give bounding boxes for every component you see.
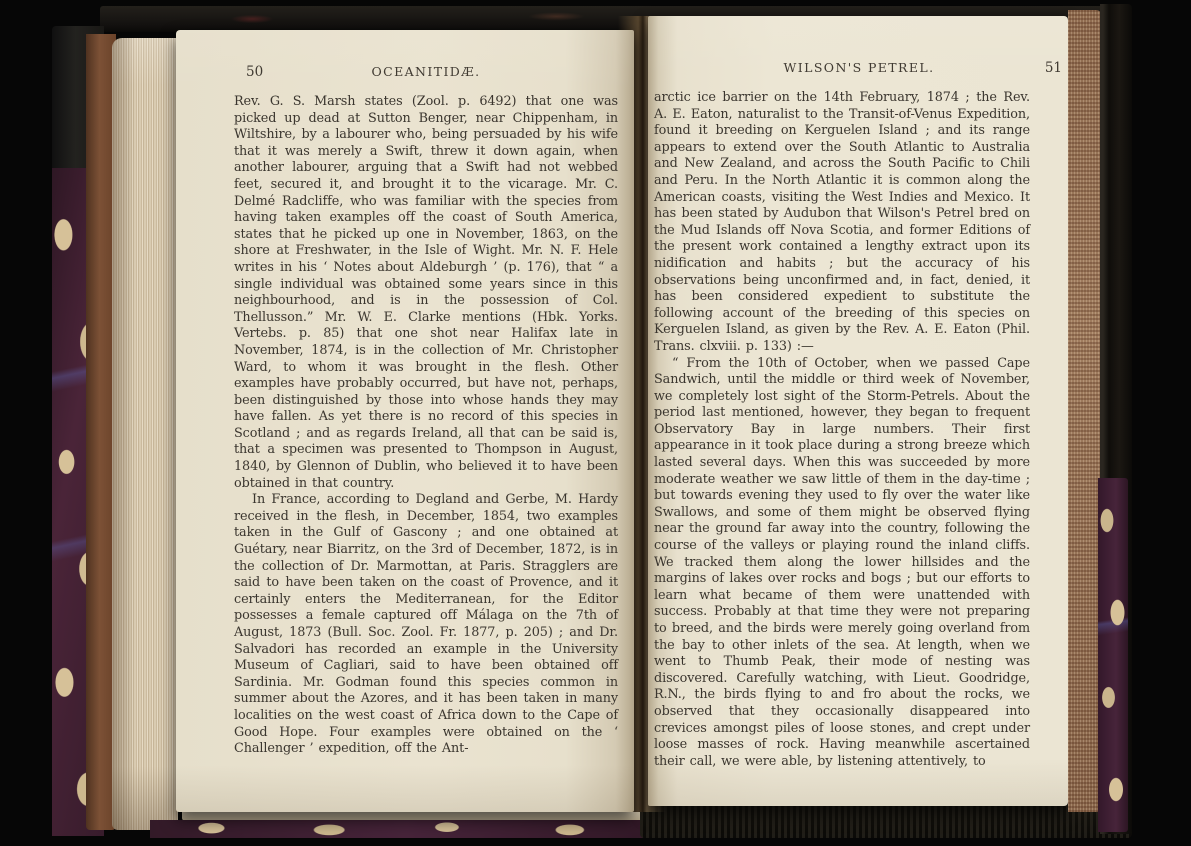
paragraph: arctic ice barrier on the 14th February,… [654,90,1030,356]
page-body-right: arctic ice barrier on the 14th February,… [654,90,1030,770]
running-title-left: OCEANITIDÆ. [278,64,574,79]
page-edges-right [1068,10,1102,812]
page-right: WILSON'S PETREL. 51 arctic ice barrier o… [648,16,1068,806]
page-body-left: Rev. G. S. Marsh states (Zool. p. 6492) … [234,94,618,758]
marbled-endpaper-right [1098,478,1128,832]
page-number-left: 50 [234,64,278,80]
running-title-right: WILSON'S PETREL. [698,60,1020,75]
marbled-endpaper-bottom [150,820,662,838]
page-header-left: 50 OCEANITIDÆ. [234,64,618,80]
book-photo: 50 OCEANITIDÆ. Rev. G. S. Marsh states (… [0,0,1191,846]
page-left: 50 OCEANITIDÆ. Rev. G. S. Marsh states (… [176,30,634,812]
paragraph: Rev. G. S. Marsh states (Zool. p. 6492) … [234,94,618,492]
paragraph: In France, according to Degland and Gerb… [234,492,618,758]
page-number-right: 51 [1020,60,1064,76]
paragraph: “ From the 10th of October, when we pass… [654,356,1030,771]
page-header-right: WILSON'S PETREL. 51 [654,60,1064,76]
page-edges-left [112,38,178,830]
